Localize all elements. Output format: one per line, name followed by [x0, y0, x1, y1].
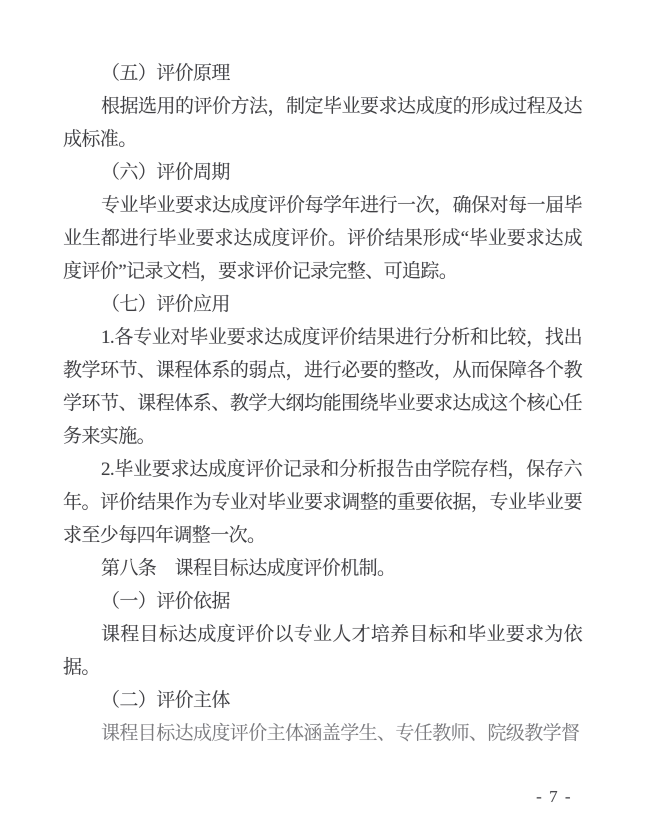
article-heading: 第八条 课程目标达成度评价机制。: [63, 552, 582, 585]
paragraph: 2.毕业要求达成度评价记录和分析报告由学院存档，保存六年。评价结果作为专业对毕业…: [63, 453, 582, 552]
paragraph: 课程目标达成度评价以专业人才培养目标和毕业要求为依据。: [63, 618, 582, 684]
paragraph: 课程目标达成度评价主体涵盖学生、专任教师、院级教学督: [63, 717, 582, 750]
section-heading: （七）评价应用: [63, 288, 582, 321]
paragraph: 专业毕业要求达成度评价每学年进行一次，确保对每一届毕业生都进行毕业要求达成度评价…: [63, 189, 582, 288]
paragraph: 根据选用的评价方法，制定毕业要求达成度的形成过程及达成标准。: [63, 90, 582, 156]
paragraph: 1.各专业对毕业要求达成度评价结果进行分析和比较，找出教学环节、课程体系的弱点，…: [63, 321, 582, 453]
section-heading: （一）评价依据: [63, 585, 582, 618]
section-heading: （五）评价原理: [63, 57, 582, 90]
document-body: （五）评价原理根据选用的评价方法，制定毕业要求达成度的形成过程及达成标准。（六）…: [63, 57, 582, 750]
document-page: （五）评价原理根据选用的评价方法，制定毕业要求达成度的形成过程及达成标准。（六）…: [0, 0, 646, 826]
page-number: - 7 -: [536, 787, 572, 807]
section-heading: （六）评价周期: [63, 156, 582, 189]
section-heading: （二）评价主体: [63, 684, 582, 717]
